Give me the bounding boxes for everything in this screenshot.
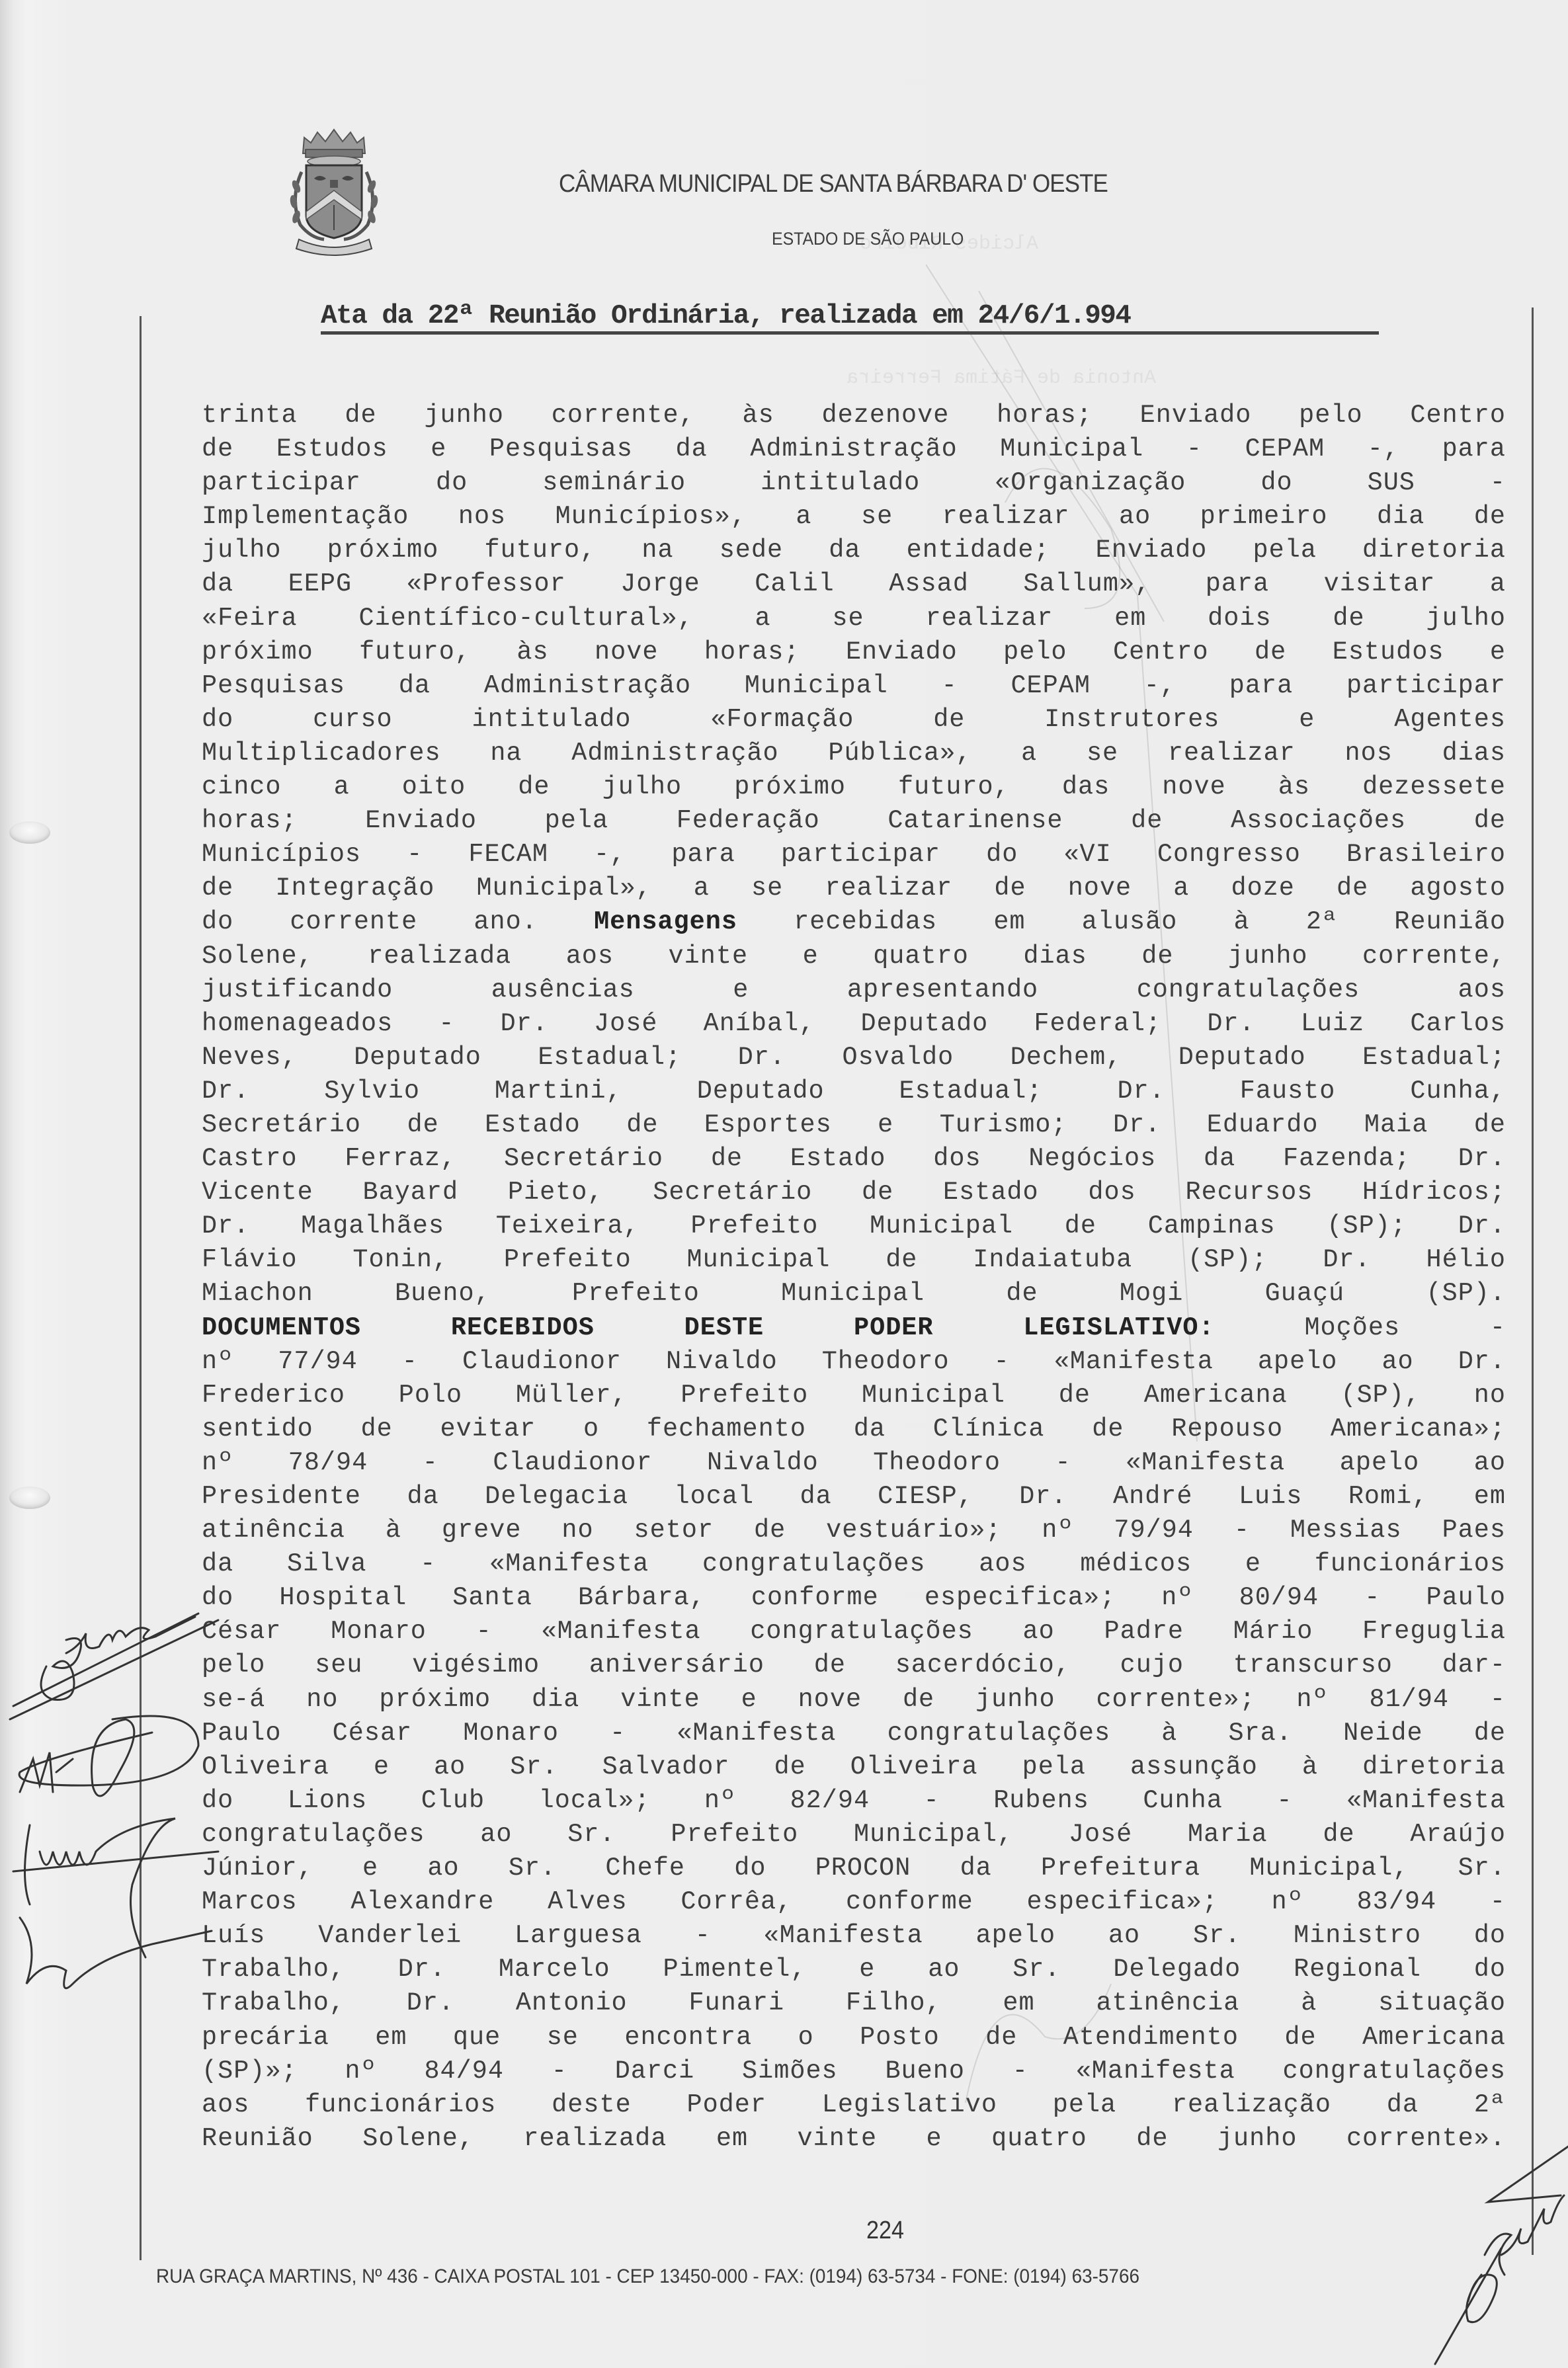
minutes-line: da Silva - «Manifesta congratulações aos…: [202, 1547, 1506, 1581]
minutes-line: do corrente ano. Mensagens recebidas em …: [202, 905, 1506, 939]
line-text: Oliveira e ao Sr. Salvador de Oliveira p…: [202, 1752, 1506, 1781]
line-text: Dr. Magalhães Teixeira, Prefeito Municip…: [202, 1211, 1506, 1241]
margin-rule-right: [1532, 307, 1534, 2255]
minutes-line: julho próximo futuro, na sede da entidad…: [202, 534, 1506, 567]
line-text: justificando ausências e apresentando co…: [202, 975, 1506, 1004]
page-number: 224: [866, 2217, 904, 2245]
minutes-body: trinta de junho corrente, às dezenove ho…: [202, 399, 1506, 2156]
margin-rule-left: [140, 316, 142, 2260]
minutes-line: homenageados - Dr. José Aníbal, Deputado…: [202, 1007, 1506, 1041]
line-text: Paulo César Monaro - «Manifesta congratu…: [202, 1719, 1506, 1748]
line-text: congratulações ao Sr. Prefeito Municipal…: [202, 1820, 1506, 1849]
minutes-line: Presidente da Delegacia local da CIESP, …: [202, 1480, 1506, 1514]
minutes-line: Trabalho, Dr. Antonio Funari Filho, em a…: [202, 1986, 1506, 2020]
line-text: da EEPG «Professor Jorge Calil Assad Sal…: [202, 569, 1506, 598]
minutes-heading: Ata da 22ª Reunião Ordinária, realizada …: [321, 301, 1379, 335]
line-text: sentido de evitar o fechamento da Clínic…: [202, 1414, 1506, 1444]
minutes-line: César Monaro - «Manifesta congratulações…: [202, 1615, 1506, 1649]
minutes-line: Municípios - FECAM -, para participar do…: [202, 838, 1506, 872]
line-text: Luís Vanderlei Larguesa - «Manifesta ape…: [202, 1921, 1506, 1950]
bold-section-label: DOCUMENTOS RECEBIDOS DESTE PODER LEGISLA…: [202, 1313, 1215, 1342]
state-name: ESTADO DE SÃO PAULO: [772, 229, 964, 249]
line-text: cinco a oito de julho próximo futuro, da…: [202, 772, 1506, 801]
minutes-line: Miachon Bueno, Prefeito Municipal de Mog…: [202, 1277, 1506, 1311]
line-text: Municípios - FECAM -, para participar do…: [202, 840, 1506, 869]
minutes-line: de Integração Municipal», a se realizar …: [202, 872, 1506, 905]
line-text: Moções -: [1215, 1313, 1506, 1342]
minutes-line: nº 78/94 - Claudionor Nivaldo Theodoro -…: [202, 1446, 1506, 1480]
minutes-line: Vicente Bayard Pieto, Secretário de Esta…: [202, 1176, 1506, 1209]
line-text: nº 78/94 - Claudionor Nivaldo Theodoro -…: [202, 1448, 1506, 1477]
line-text: Frederico Polo Müller, Prefeito Municipa…: [202, 1381, 1506, 1410]
line-text: Marcos Alexandre Alves Corrêa, conforme …: [202, 1887, 1506, 1916]
minutes-line: nº 77/94 - Claudionor Nivaldo Theodoro -…: [202, 1345, 1506, 1379]
punch-hole: [9, 1487, 50, 1509]
minutes-line: Reunião Solene, realizada em vinte e qua…: [202, 2122, 1506, 2156]
minutes-line: Oliveira e ao Sr. Salvador de Oliveira p…: [202, 1750, 1506, 1784]
line-text: trinta de junho corrente, às dezenove ho…: [202, 401, 1506, 430]
line-text: horas; Enviado pela Federação Catarinens…: [202, 806, 1506, 835]
minutes-line: Marcos Alexandre Alves Corrêa, conforme …: [202, 1885, 1506, 1919]
minutes-line: Dr. Magalhães Teixeira, Prefeito Municip…: [202, 1209, 1506, 1243]
line-text: Vicente Bayard Pieto, Secretário de Esta…: [202, 1178, 1506, 1207]
minutes-line: Implementação nos Municípios», a se real…: [202, 500, 1506, 534]
minutes-line: participar do seminário intitulado «Orga…: [202, 466, 1506, 500]
line-text: pelo seu vigésimo aniversário de sacerdó…: [202, 1651, 1506, 1680]
line-text: do curso intitulado «Formação de Instrut…: [202, 705, 1506, 734]
line-text: Neves, Deputado Estadual; Dr. Osvaldo De…: [202, 1043, 1506, 1072]
minutes-line: Paulo César Monaro - «Manifesta congratu…: [202, 1717, 1506, 1750]
minutes-line: Pesquisas da Administração Municipal - C…: [202, 669, 1506, 703]
minutes-line: trinta de junho corrente, às dezenove ho…: [202, 399, 1506, 432]
line-text: Presidente da Delegacia local da CIESP, …: [202, 1482, 1506, 1511]
line-text: Secretário de Estado de Esportes e Turis…: [202, 1110, 1506, 1139]
line-text: nº 77/94 - Claudionor Nivaldo Theodoro -…: [202, 1347, 1506, 1376]
line-text: Flávio Tonin, Prefeito Municipal de Inda…: [202, 1245, 1506, 1274]
line-text: Pesquisas da Administração Municipal - C…: [202, 671, 1506, 700]
line-text: (SP)»; nº 84/94 - Darci Simões Bueno - «…: [202, 2057, 1506, 2086]
punch-hole: [9, 821, 50, 844]
line-text: julho próximo futuro, na sede da entidad…: [202, 536, 1506, 565]
minutes-line: Júnior, e ao Sr. Chefe do PROCON da Pref…: [202, 1852, 1506, 1885]
minutes-line: de Estudos e Pesquisas da Administração …: [202, 432, 1506, 466]
document-page: Alcides Ribeiro Antonia de Fátima Ferrei…: [0, 0, 1568, 2368]
minutes-line: Flávio Tonin, Prefeito Municipal de Inda…: [202, 1243, 1506, 1277]
minutes-line: Frederico Polo Müller, Prefeito Municipa…: [202, 1379, 1506, 1412]
line-text: Solene, realizada aos vinte e quatro dia…: [202, 942, 1506, 971]
coat-of-arms-icon: [284, 126, 384, 258]
line-text: participar do seminário intitulado «Orga…: [202, 468, 1506, 497]
minutes-line: se-á no próximo dia vinte e nove de junh…: [202, 1683, 1506, 1717]
minutes-line: precária em que se encontra o Posto de A…: [202, 2021, 1506, 2055]
line-text: Implementação nos Municípios», a se real…: [202, 502, 1506, 531]
line-text: Dr. Sylvio Martini, Deputado Estadual; D…: [202, 1077, 1506, 1106]
minutes-line: Dr. Sylvio Martini, Deputado Estadual; D…: [202, 1075, 1506, 1108]
minutes-line: da EEPG «Professor Jorge Calil Assad Sal…: [202, 567, 1506, 601]
line-text: Júnior, e ao Sr. Chefe do PROCON da Pref…: [202, 1854, 1506, 1883]
line-text: de Estudos e Pesquisas da Administração …: [202, 434, 1506, 464]
line-text: precária em que se encontra o Posto de A…: [202, 2023, 1506, 2052]
minutes-line: do curso intitulado «Formação de Instrut…: [202, 703, 1506, 737]
minutes-line: Trabalho, Dr. Marcelo Pimentel, e ao Sr.…: [202, 1953, 1506, 1986]
bold-section-label: Mensagens: [594, 907, 737, 936]
line-text: recebidas em alusão à 2ª Reunião: [737, 907, 1506, 936]
minutes-line: atinência à greve no setor de vestuário»…: [202, 1514, 1506, 1547]
minutes-line: Neves, Deputado Estadual; Dr. Osvaldo De…: [202, 1041, 1506, 1075]
line-text: Trabalho, Dr. Marcelo Pimentel, e ao Sr.…: [202, 1955, 1506, 1984]
line-text: próximo futuro, às nove horas; Enviado p…: [202, 637, 1506, 667]
line-text: Reunião Solene, realizada em vinte e qua…: [202, 2124, 1506, 2153]
footer-address: RUA GRAÇA MARTINS, Nº 436 - CAIXA POSTAL…: [156, 2266, 1139, 2288]
line-text: de Integração Municipal», a se realizar …: [202, 874, 1506, 903]
minutes-line: do Hospital Santa Bárbara, conforme espe…: [202, 1581, 1506, 1615]
minutes-line: aos funcionários deste Poder Legislativo…: [202, 2088, 1506, 2122]
line-text: Castro Ferraz, Secretário de Estado dos …: [202, 1144, 1506, 1173]
line-text: homenageados - Dr. José Aníbal, Deputado…: [202, 1009, 1506, 1038]
bleed-through-text: Antonia de Fátima Ferreira: [846, 367, 1156, 389]
line-text: César Monaro - «Manifesta congratulações…: [202, 1617, 1506, 1646]
minutes-line: próximo futuro, às nove horas; Enviado p…: [202, 635, 1506, 669]
line-text: atinência à greve no setor de vestuário»…: [202, 1516, 1506, 1545]
minutes-line: horas; Enviado pela Federação Catarinens…: [202, 804, 1506, 838]
minutes-line: Castro Ferraz, Secretário de Estado dos …: [202, 1142, 1506, 1176]
signature-bottom-right-icon: [1283, 2123, 1568, 2368]
minutes-line: cinco a oito de julho próximo futuro, da…: [202, 770, 1506, 804]
minutes-line: Secretário de Estado de Esportes e Turis…: [202, 1108, 1506, 1142]
minutes-line: DOCUMENTOS RECEBIDOS DESTE PODER LEGISLA…: [202, 1311, 1506, 1345]
binding-edge: [0, 0, 15, 2368]
minutes-line: justificando ausências e apresentando co…: [202, 973, 1506, 1007]
line-text: aos funcionários deste Poder Legislativo…: [202, 2090, 1506, 2119]
line-text: do Hospital Santa Bárbara, conforme espe…: [202, 1583, 1506, 1612]
minutes-line: congratulações ao Sr. Prefeito Municipal…: [202, 1818, 1506, 1852]
minutes-line: Luís Vanderlei Larguesa - «Manifesta ape…: [202, 1919, 1506, 1953]
minutes-line: sentido de evitar o fechamento da Clínic…: [202, 1412, 1506, 1446]
minutes-line: «Feira Científico-cultural», a se realiz…: [202, 602, 1506, 635]
line-text: Trabalho, Dr. Antonio Funari Filho, em a…: [202, 1988, 1506, 2018]
line-text: Miachon Bueno, Prefeito Municipal de Mog…: [202, 1279, 1506, 1308]
minutes-line: do Lions Club local»; nº 82/94 - Rubens …: [202, 1784, 1506, 1818]
line-text: do Lions Club local»; nº 82/94 - Rubens …: [202, 1786, 1506, 1815]
line-text: do corrente ano.: [202, 907, 594, 936]
minutes-line: (SP)»; nº 84/94 - Darci Simões Bueno - «…: [202, 2055, 1506, 2088]
line-text: da Silva - «Manifesta congratulações aos…: [202, 1549, 1506, 1578]
line-text: «Feira Científico-cultural», a se realiz…: [202, 604, 1506, 633]
line-text: se-á no próximo dia vinte e nove de junh…: [202, 1685, 1506, 1714]
line-text: Multiplicadores na Administração Pública…: [202, 739, 1506, 768]
minutes-line: Multiplicadores na Administração Pública…: [202, 737, 1506, 770]
institution-name: CÂMARA MUNICIPAL DE SANTA BÁRBARA D' OES…: [559, 170, 1198, 198]
minutes-line: Solene, realizada aos vinte e quatro dia…: [202, 940, 1506, 973]
minutes-line: pelo seu vigésimo aniversário de sacerdó…: [202, 1649, 1506, 1682]
